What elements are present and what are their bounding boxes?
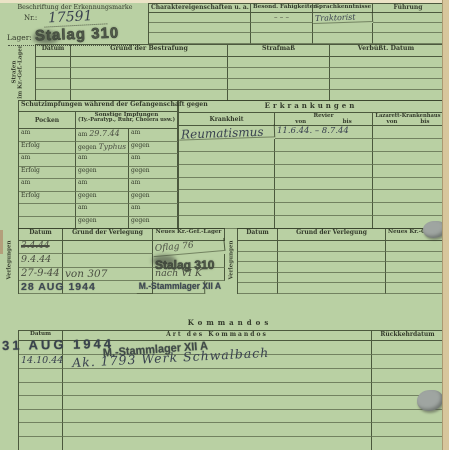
transfer-cell xyxy=(386,241,444,252)
illness-cell xyxy=(373,203,444,216)
traits-cell xyxy=(313,23,373,33)
vacc-title: Schutzimpfungen während der Gefangenscha… xyxy=(19,101,178,112)
kommandos-row2-datum: 14.10.44 xyxy=(19,355,63,369)
illness-cell xyxy=(373,139,444,152)
vacc-header-sonstige-sub: (Ty.-Paratyp., Ruhr, Cholera usw.) xyxy=(78,118,175,124)
punish-header-datum: Datum xyxy=(36,45,71,57)
illness-cell xyxy=(275,139,373,152)
edge-stain xyxy=(0,230,3,254)
vacc-sonstige2-am-1: am xyxy=(129,129,178,142)
traits-sprachen-value: Traktorist xyxy=(313,12,373,24)
vacc-cell-empty xyxy=(19,204,76,217)
transfer-row4-neues-stamp: M.-Stammlager XII A xyxy=(137,281,205,294)
vacc-sonstige-am-3: am xyxy=(76,179,129,192)
traits-cell xyxy=(251,23,313,33)
illness-cell xyxy=(373,190,444,203)
transfer-cell xyxy=(278,273,386,284)
transfers-header-datum: Datum xyxy=(19,229,63,241)
traits-cell xyxy=(373,23,444,33)
kommandos-cell xyxy=(63,383,372,397)
punish-cell xyxy=(71,68,228,79)
transfer-row3-datum: 27-9-44 xyxy=(19,268,63,281)
traits-besond-value: – – – xyxy=(251,13,313,23)
vacc-header-pocken: Pocken xyxy=(19,112,76,129)
transfers-right-side-label: Verlegungen xyxy=(225,228,237,293)
punish-header-verbuesst: Verbüßt. Datum xyxy=(330,45,443,57)
vacc-pocken-erfolg-2: Erfolg xyxy=(19,167,76,180)
traits-cell xyxy=(149,23,251,33)
punish-header-grund: Grund der Bestrafung xyxy=(71,45,228,57)
illness-cell xyxy=(275,190,373,203)
transfer-cell xyxy=(63,254,153,267)
illness-row1-revier: 11.6.44. – 8.7.44 xyxy=(275,126,373,139)
transfers-header-grund: Grund der Verlegung xyxy=(63,229,153,241)
traits-cell xyxy=(149,33,251,44)
traits-header-charakter: Charaktereigenschaften u. a. xyxy=(149,4,251,13)
punish-cell xyxy=(330,68,443,79)
illness-header-revier: Revier vonbis xyxy=(275,113,373,126)
illness-cell xyxy=(373,178,444,191)
transfer-cell xyxy=(386,283,444,294)
kommandos-cell xyxy=(372,423,444,437)
punish-cell xyxy=(36,79,71,90)
illness-cell xyxy=(179,203,275,216)
kommandos-cell xyxy=(372,369,444,383)
kommandos-cell xyxy=(63,410,372,424)
transfer-row2-datum: 9.4.44 xyxy=(19,254,63,267)
punish-cell xyxy=(228,68,330,79)
illness-cell xyxy=(179,178,275,191)
vacc-sonstige-gegen-2: gegen xyxy=(76,167,129,180)
kommandos-header-rueckkehr: Rückkehrdatum xyxy=(372,331,444,341)
vaccination-table: Schutzimpfungen während der Gefangenscha… xyxy=(18,100,178,229)
traits-cell xyxy=(373,13,444,23)
kommandos-cell xyxy=(63,423,372,437)
kommandos-cell xyxy=(372,341,444,355)
illness-cell xyxy=(373,152,444,165)
kommandos-cell xyxy=(19,437,63,450)
traits-header-fuehrung: Führung xyxy=(373,4,444,13)
kommandos-cell xyxy=(372,410,444,424)
transfers-right-table: Datum Grund der Verlegung Neues Kr.-Gef.… xyxy=(237,228,444,294)
transfer-cell xyxy=(238,262,278,273)
traits-cell xyxy=(313,33,373,44)
kommandos-cell xyxy=(372,355,444,369)
transfer-cell xyxy=(278,283,386,294)
vacc-sonstige-am-1: am 29.7.44 xyxy=(76,129,129,142)
vacc-date-handwritten: 29.7.44 xyxy=(89,129,120,138)
transfer-cell xyxy=(386,262,444,273)
vacc-sonstige-gegen-3: gegen xyxy=(76,192,129,205)
vacc-sonstige2-gegen-3: gegen xyxy=(129,192,178,205)
illness-cell xyxy=(275,165,373,178)
kommandos-row1-date-stamp: 31 AUG 1944 xyxy=(2,336,114,353)
vacc-sonstige2-am-2: am xyxy=(129,154,178,167)
punish-cell xyxy=(228,79,330,90)
transfer-row1-datum: 3.4.44 xyxy=(19,241,63,254)
kommandos-cell xyxy=(63,396,372,410)
punish-cell xyxy=(228,57,330,68)
kommandos-title: Kommandos xyxy=(0,318,449,327)
vacc-pocken-am-3: am xyxy=(19,179,76,192)
punishment-side-label: Strafen im Kr.-Gef.-Lager xyxy=(0,44,35,100)
pow-record-card: Beschriftung der Erkennungsmarke Nr.: 17… xyxy=(0,0,449,450)
illness-cell xyxy=(275,152,373,165)
illness-cell xyxy=(373,165,444,178)
illness-cell xyxy=(373,126,444,139)
kommandos-cell xyxy=(19,423,63,437)
transfers-left-table: Datum Grund der Verlegung Neues Kr.-Gef.… xyxy=(18,228,225,294)
lager-stamp-stalag-310: Stalag 310 xyxy=(35,25,120,45)
vacc-pocken-am-1: am xyxy=(19,129,76,142)
transfer-cell xyxy=(238,273,278,284)
punish-cell xyxy=(330,79,443,90)
vacc-sonstige-am-2: am xyxy=(76,154,129,167)
punish-cell xyxy=(71,57,228,68)
punish-cell xyxy=(36,68,71,79)
kommandos-cell xyxy=(19,383,63,397)
kommandos-cell xyxy=(63,369,372,383)
vacc-pocken-erfolg-1: Erfolg xyxy=(19,142,76,155)
illness-cell xyxy=(275,203,373,216)
vacc-pocken-am-2: am xyxy=(19,154,76,167)
transfer-cell xyxy=(63,241,153,254)
traits-cell xyxy=(251,33,313,44)
illness-cell xyxy=(179,152,275,165)
vacc-sonstige2-gegen-1: gegen xyxy=(129,142,178,155)
vacc-sonstige-am-4: am xyxy=(76,204,129,217)
illness-table: Erkrankungen Krankheit Revier vonbis Laz… xyxy=(178,100,444,229)
punish-cell xyxy=(36,57,71,68)
transfers-header-grund: Grund der Verlegung xyxy=(278,229,386,241)
transfers-header-datum: Datum xyxy=(238,229,278,241)
vacc-sonstige-gegen-1: gegen Typhus xyxy=(76,142,129,155)
lager-label: Lager: xyxy=(7,33,32,42)
illness-row1-krankheit: Reumatismus xyxy=(179,124,275,140)
vacc-sonstige2-am-4: am xyxy=(129,204,178,217)
punish-cell xyxy=(71,79,228,90)
kommandos-cell xyxy=(63,437,372,450)
traits-cell xyxy=(373,33,444,44)
transfer-cell xyxy=(238,241,278,252)
traits-cell xyxy=(149,13,251,23)
transfer-cell xyxy=(238,252,278,263)
transfer-cell xyxy=(386,273,444,284)
nr-label: Nr.: xyxy=(24,14,37,22)
transfer-cell xyxy=(386,252,444,263)
transfer-cell xyxy=(238,283,278,294)
transfer-cell xyxy=(278,252,386,263)
punish-cell xyxy=(330,57,443,68)
vacc-sonstige2-gegen-2: gegen xyxy=(129,167,178,180)
kommandos-cell xyxy=(19,410,63,424)
traits-table: Charaktereigenschaften u. a. Besond. Fäh… xyxy=(148,3,444,44)
punishment-table: Datum Grund der Bestrafung Strafmaß Verb… xyxy=(35,44,444,101)
transfer-row3-neues: nach VI K xyxy=(153,268,225,281)
vacc-pocken-erfolg-3: Erfolg xyxy=(19,192,76,205)
illness-header-lazarett: Lazarett-Krankenhaus vonbis xyxy=(373,113,444,126)
illness-title: Erkrankungen xyxy=(179,101,444,113)
traits-header-faehigkeiten: Besond. Fähigkeiten xyxy=(251,4,313,13)
vacc-against-handwritten: Typhus xyxy=(99,142,127,151)
kommandos-cell xyxy=(19,369,63,383)
transfer-cell xyxy=(278,262,386,273)
transfer-row4-datum-stamp: 28 AUG 1944 xyxy=(19,281,63,294)
vacc-sonstige2-am-3: am xyxy=(129,179,178,192)
scan-edge-right xyxy=(442,0,449,450)
illness-cell xyxy=(179,165,275,178)
punish-header-strafmass: Strafmaß xyxy=(228,45,330,57)
stamp-smudge xyxy=(152,255,176,266)
transfer-cell xyxy=(278,241,386,252)
transfer-row3-grund: von 307 xyxy=(63,268,153,281)
kommandos-cell xyxy=(19,396,63,410)
kommandos-cell xyxy=(372,437,444,450)
illness-cell xyxy=(275,178,373,191)
illness-cell xyxy=(179,190,275,203)
